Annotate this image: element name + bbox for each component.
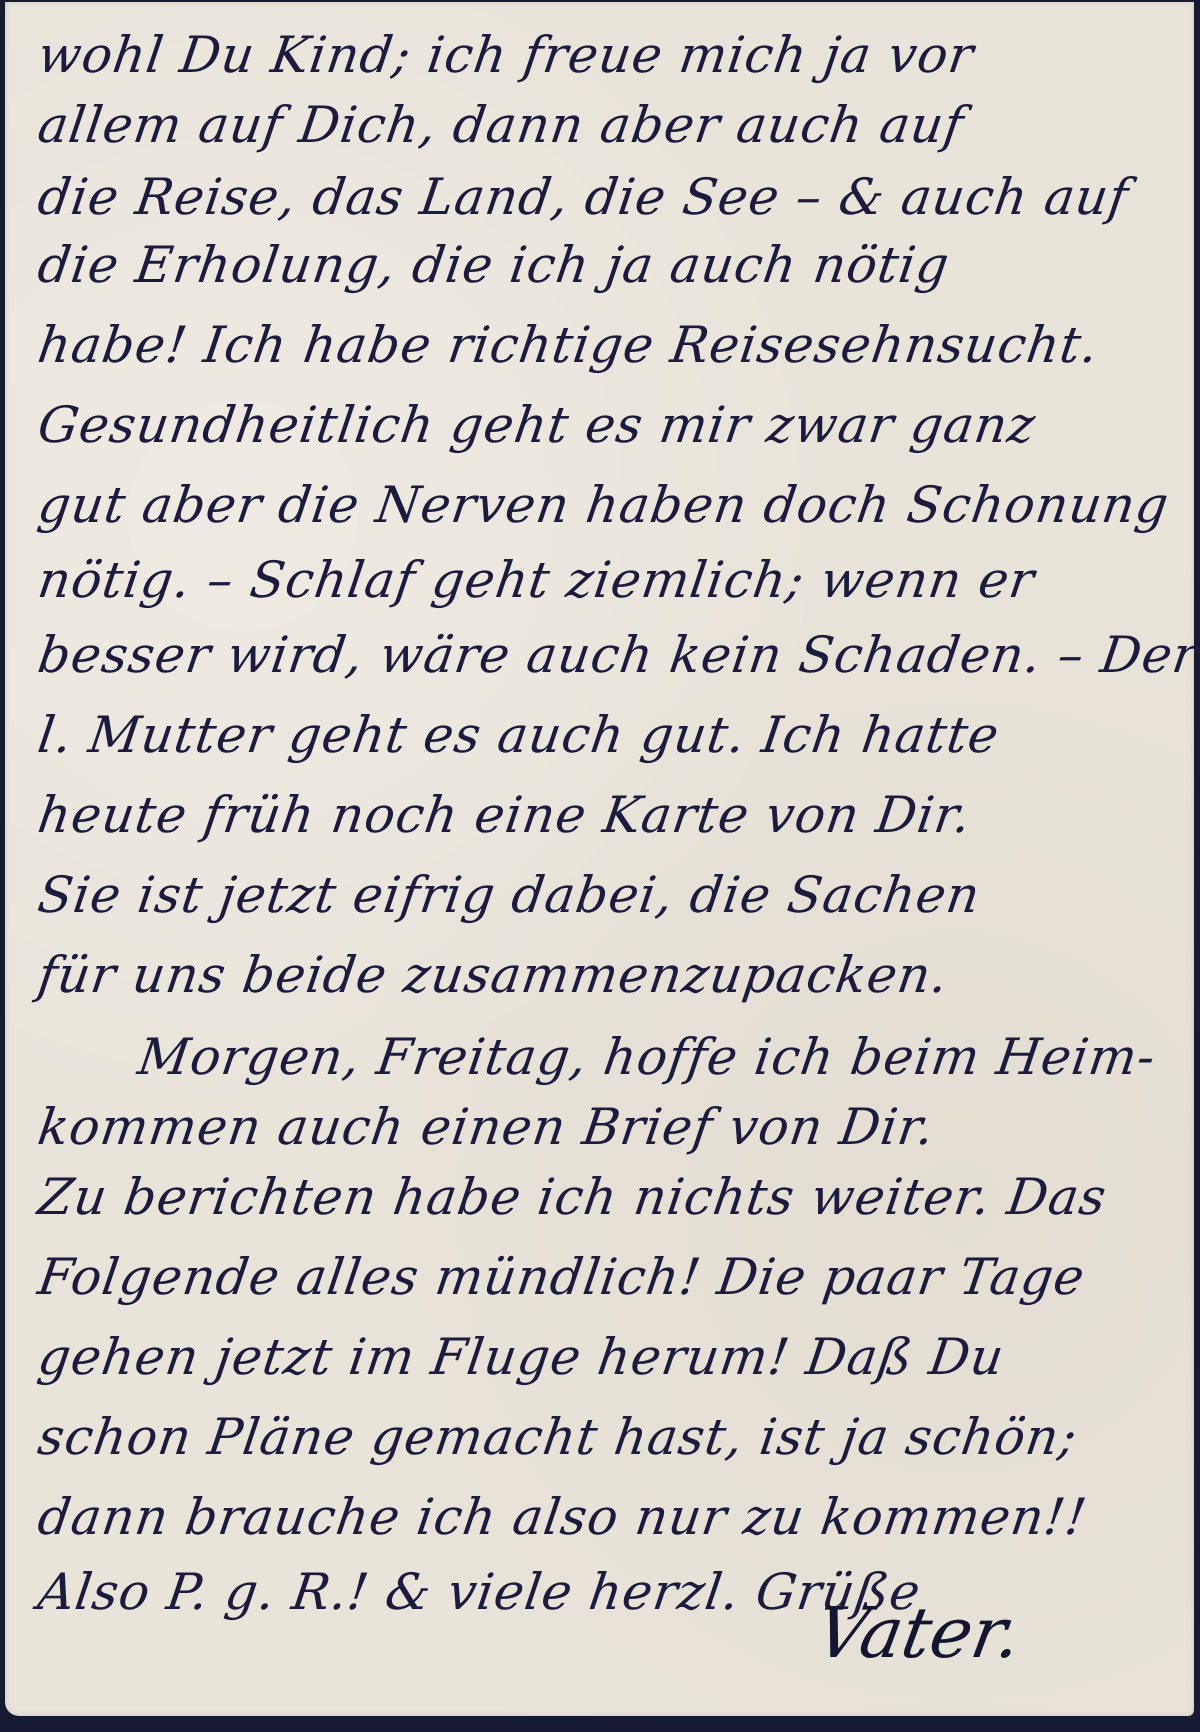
letter-line: für uns beide zusammenzupacken.: [35, 950, 952, 1000]
letter-line: heute früh noch eine Karte von Dir.: [35, 790, 974, 840]
letter-line: Sie ist jetzt eifrig dabei, die Sachen: [35, 870, 984, 920]
letter-line: die Erholung, die ich ja auch nötig: [35, 240, 953, 290]
letter-line: die Reise, das Land, die See – & auch au…: [35, 172, 1132, 222]
letter-line: besser wird, wäre auch kein Schaden. – D…: [35, 630, 1200, 680]
letter-line: dann brauche ich also nur zu kommen!!: [35, 1492, 1090, 1542]
letter-line: kommen auch einen Brief von Dir.: [35, 1102, 938, 1152]
letter-line: wohl Du Kind; ich freue mich ja vor: [35, 30, 977, 80]
letter-line: habe! Ich habe richtige Reisesehnsucht.: [35, 320, 1102, 370]
letter-line: Gesundheitlich geht es mir zwar ganz: [35, 400, 1039, 450]
letter-line: gehen jetzt im Fluge herum! Daß Du: [35, 1332, 1007, 1382]
letter-line: Morgen, Freitag, hoffe ich beim Heim-: [135, 1032, 1159, 1082]
signature: Vater.: [810, 1592, 1028, 1674]
letter-line: Also P. g. R.! & viele herzl. Grüße: [35, 1567, 924, 1617]
letter-line: nötig. – Schlaf geht ziemlich; wenn er: [35, 555, 1038, 605]
letter-line: Folgende alles mündlich! Die paar Tage: [35, 1252, 1088, 1302]
letter-line: Zu berichten habe ich nichts weiter. Das: [35, 1172, 1110, 1222]
letter-line: gut aber die Nerven haben doch Schonung: [35, 480, 1172, 530]
letter-paper: wohl Du Kind; ich freue mich ja vor alle…: [5, 2, 1194, 1716]
letter-line: l. Mutter geht es auch gut. Ich hatte: [35, 710, 1003, 760]
letter-line: allem auf Dich, dann aber auch auf: [35, 100, 967, 150]
letter-line: schon Pläne gemacht hast, ist ja schön;: [35, 1412, 1081, 1462]
